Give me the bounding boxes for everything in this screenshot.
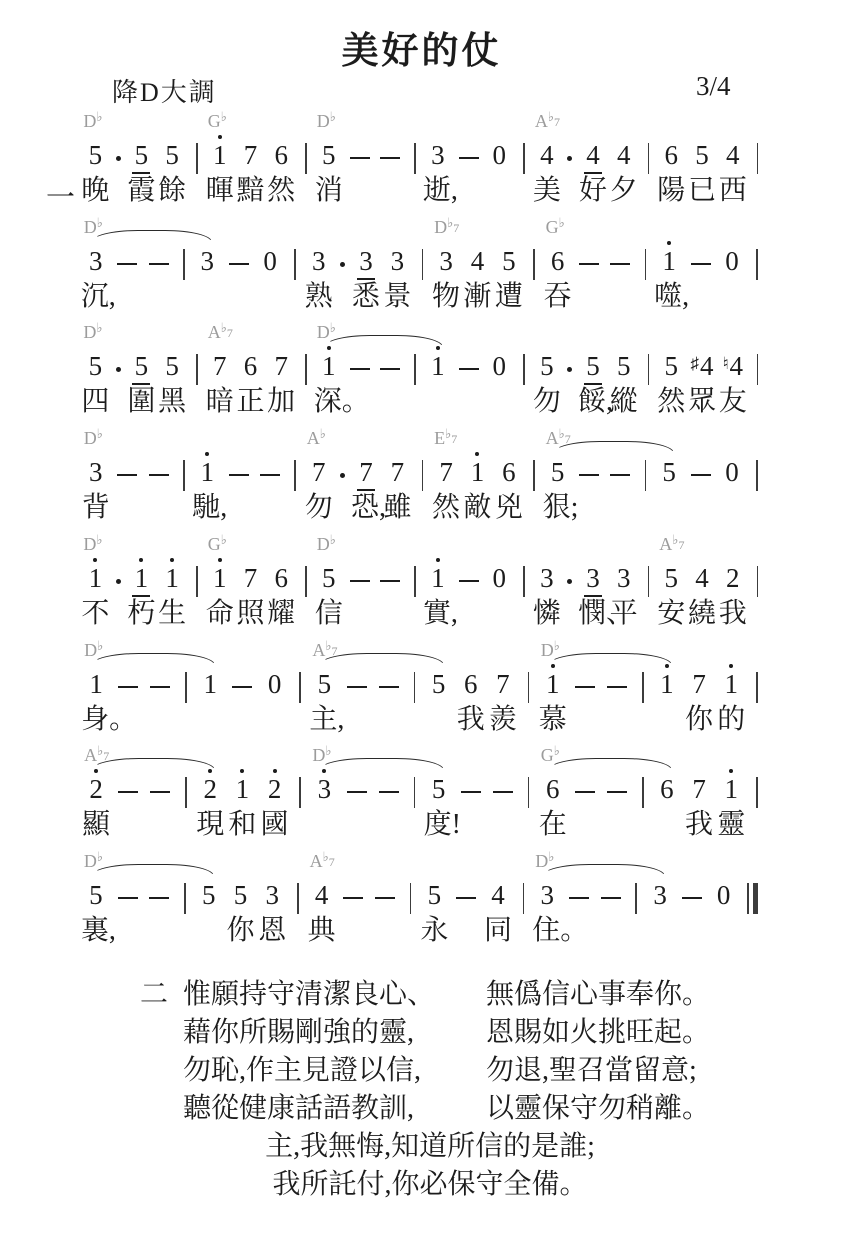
barline (528, 777, 530, 808)
barline (756, 249, 758, 280)
note-token: 7 (439, 458, 453, 486)
flat-sign: ♭ (97, 215, 103, 230)
flat-sign: ♭ (97, 426, 103, 441)
note-token: 3 (431, 141, 445, 169)
note-token: 6 (660, 775, 674, 803)
note-token: 5 (322, 564, 336, 592)
eighth-underline (357, 278, 375, 280)
barline (196, 143, 198, 174)
barline (648, 566, 650, 597)
note-token: 2 (268, 775, 282, 803)
note-token: 1 (471, 458, 485, 486)
octave-dot (273, 769, 277, 773)
flat-sign: ♭ (330, 320, 336, 335)
verse-2-line: 惟願持守清潔良心、 (183, 972, 435, 1012)
note-token: 1 (662, 247, 676, 275)
duration-dash (607, 686, 627, 688)
tie-arc (542, 864, 665, 876)
note-token: 7 (244, 564, 258, 592)
barline (528, 672, 530, 703)
lyric-syllable: 你 (685, 704, 713, 736)
lyric-syllable: 主, (309, 704, 344, 736)
lyric-syllable: 照 (236, 598, 264, 630)
chord-root: D (317, 534, 330, 554)
lyric-syllable: 漸 (463, 281, 491, 313)
note-token: 5 (89, 881, 103, 909)
note-token: 5 (135, 141, 149, 169)
duration-dash (459, 368, 479, 370)
chord-seventh: 7 (451, 432, 457, 446)
tie-arc (91, 758, 215, 770)
lyric-syllable: 餒, (578, 386, 613, 418)
lyric-syllable: 裏, (81, 915, 116, 947)
verse-2-line: 恩賜如火挑旺起。 (486, 1010, 710, 1050)
eighth-underline (584, 383, 602, 385)
chord-root: A (535, 111, 548, 131)
note-token: 5 (665, 564, 679, 592)
augmentation-dot (116, 579, 121, 584)
lyric-syllable: 恐, (351, 492, 386, 524)
augmentation-dot (340, 473, 345, 478)
lyric-syllable: 西 (719, 175, 747, 207)
flat-sign: ♭ (325, 638, 331, 653)
chord-label: A♭ (307, 427, 326, 451)
lyric-syllable: 勿 (305, 492, 333, 524)
chord-seventh: 7 (678, 538, 684, 552)
lyric-syllable: 雖 (383, 492, 411, 524)
duration-dash (575, 791, 595, 793)
duration-dash (459, 157, 479, 159)
time-signature: 3/4 (696, 71, 731, 102)
accidental: ♮ (722, 354, 728, 373)
note-token: 0 (493, 141, 507, 169)
flat-sign: ♭ (330, 532, 336, 547)
chord-root: D (535, 851, 548, 871)
flat-sign: ♭ (96, 109, 102, 124)
note-token: 3 (439, 247, 453, 275)
note-token: 5 (586, 352, 600, 380)
chord-root: G (546, 217, 559, 237)
note-token: 5 (432, 670, 446, 698)
tie-arc (319, 758, 443, 770)
note-token: 5 (617, 352, 631, 380)
lyric-syllable: 的 (717, 704, 745, 736)
note-token: 3 (318, 775, 332, 803)
barline (305, 566, 307, 597)
flat-sign: ♭ (96, 532, 102, 547)
chord-label: A♭7 (208, 321, 233, 345)
note-token: 5 (135, 352, 149, 380)
lyric-syllable: 景 (383, 281, 411, 313)
note-token: 1 (431, 352, 445, 380)
lyric-syllable: 馳, (192, 492, 227, 524)
duration-dash (118, 791, 138, 793)
music-system: 5557671105555♯4♮4D♭A♭7D♭四圍黑暗正加深。勿餒,縱然眾友 (0, 321, 843, 425)
lyric-syllable: 餘 (158, 175, 186, 207)
lyric-syllable: 繞 (688, 598, 716, 630)
lyric-syllable: 遭 (495, 281, 523, 313)
barline (299, 672, 301, 703)
chord-label: D♭ (83, 110, 102, 134)
note-token: 4 (315, 881, 329, 909)
duration-dash (380, 368, 400, 370)
note-token: 1 (213, 141, 227, 169)
final-barline (753, 883, 758, 914)
lyric-syllable: 逝, (423, 175, 458, 207)
note-token: 5 (665, 352, 679, 380)
note-token: 7 (692, 670, 706, 698)
lyric-syllable: 正 (236, 386, 264, 418)
barline (756, 672, 758, 703)
barline (410, 883, 412, 914)
duration-dash (350, 580, 370, 582)
duration-dash (118, 897, 138, 899)
key-signature: 降D大調 (112, 72, 217, 109)
chord-root: D (84, 640, 97, 660)
music-system: 330333345610D♭D♭7G♭沉,熟悉景物漸遭吞噬, (0, 216, 843, 320)
note-token: 1 (660, 670, 674, 698)
note-token: 1 (322, 352, 336, 380)
duration-dash (579, 474, 599, 476)
note-token: 7 (692, 775, 706, 803)
flat-sign: ♭ (559, 426, 565, 441)
duration-dash (232, 686, 252, 688)
barline (756, 460, 758, 491)
note-token: 6 (274, 564, 288, 592)
lyric-syllable: 我 (685, 809, 713, 841)
chord-label: A♭7 (310, 850, 335, 874)
note-token: 1 (724, 670, 738, 698)
chord-root: E (434, 428, 445, 448)
lyric-syllable: 顯 (82, 809, 110, 841)
chord-root: A (312, 640, 325, 660)
note-token: 3 (540, 564, 554, 592)
note-token: 5 (234, 881, 248, 909)
verse-2-line: 勿退,聖召當留意; (486, 1048, 697, 1088)
music-system: 31777716550D♭A♭E♭7A♭7背馳,勿恐,雖然敵兇狠; (0, 427, 843, 531)
octave-dot (436, 558, 440, 562)
note-token: 4 (586, 141, 600, 169)
lyric-syllable: 恩 (258, 915, 286, 947)
lyric-syllable: 生 (158, 598, 186, 630)
duration-dash (347, 686, 367, 688)
refrain-line: 主,我無悔,知道所信的是誰; (0, 1124, 843, 1164)
note-token: 4 (695, 564, 709, 592)
lyric-syllable: 眾 (688, 386, 716, 418)
music-system: 5553454330D♭A♭7D♭裏,你恩典永同住。 (0, 850, 843, 954)
chord-label: A♭7 (659, 533, 684, 557)
chord-label: D♭ (317, 110, 336, 134)
lyric-syllable: 耀 (267, 598, 295, 630)
barline (294, 460, 296, 491)
tie-arc (91, 864, 214, 876)
barline (185, 672, 187, 703)
note-token: 7 (391, 458, 405, 486)
duration-dash (493, 791, 513, 793)
note-token: 1 (135, 564, 149, 592)
note-token: 0 (268, 670, 282, 698)
note-token: 4 (540, 141, 554, 169)
music-system: 555176530444654D♭G♭D♭A♭7一晚霞餘暉黯然消逝,美好夕陽已西 (0, 110, 843, 214)
note-token: 7 (244, 141, 258, 169)
note-token: ♯4 (691, 352, 714, 384)
verse-2-line: 藉你所賜剛強的靈, (183, 1010, 414, 1050)
note-token: 6 (502, 458, 516, 486)
note-token: 5 (428, 881, 442, 909)
duration-dash (379, 686, 399, 688)
lyric-syllable: 圍 (127, 386, 155, 418)
lyric-syllable: 度! (424, 809, 461, 841)
chord-label: D♭7 (434, 216, 459, 240)
barline (299, 777, 301, 808)
note-token: 3 (586, 564, 600, 592)
octave-dot (240, 769, 244, 773)
lyric-syllable: 友 (719, 386, 747, 418)
verse-2-line: 聽從健康話語教訓, (183, 1086, 414, 1126)
eighth-underline (132, 595, 150, 597)
octave-dot (475, 452, 479, 456)
lyric-syllable: 身。 (81, 704, 137, 736)
lyric-syllable: 在 (539, 809, 567, 841)
chord-root: D (434, 217, 447, 237)
chord-root: A (208, 322, 221, 342)
chord-root: G (208, 534, 221, 554)
lyric-syllable: 黯 (236, 175, 264, 207)
barline (305, 354, 307, 385)
lyric-syllable: 我 (719, 598, 747, 630)
duration-dash (117, 263, 137, 265)
duration-dash (691, 474, 711, 476)
note-token: 2 (726, 564, 740, 592)
barline (414, 143, 416, 174)
flat-sign: ♭ (559, 215, 565, 230)
note-token: 3 (541, 881, 555, 909)
duration-dash (347, 791, 367, 793)
chord-root: D (84, 428, 97, 448)
verse-2-line: 以靈保守勿稍離。 (486, 1086, 710, 1126)
lyric-syllable: 我 (457, 704, 485, 736)
note-token: 0 (493, 564, 507, 592)
flat-sign: ♭ (330, 109, 336, 124)
note-token: 0 (725, 458, 739, 486)
note-token: 2 (203, 775, 217, 803)
tie-arc (324, 335, 443, 347)
barline (422, 460, 424, 491)
lyric-syllable: 好 (579, 175, 607, 207)
music-system: 2212356671A♭7D♭G♭顯現和國度!在我靈 (0, 744, 843, 848)
chord-label: G♭ (208, 110, 227, 134)
lyric-syllable: 霞 (127, 175, 155, 207)
note-token: 1 (89, 670, 103, 698)
note-token: 5 (89, 141, 103, 169)
barline (184, 883, 186, 914)
lyric-syllable: 縱 (610, 386, 638, 418)
note-token: 4 (491, 881, 505, 909)
chord-root: A (84, 745, 97, 765)
refrain-line: 我所託付,你必保守全備。 (0, 1162, 843, 1202)
lyric-syllable: 和 (228, 809, 256, 841)
tie-arc (91, 230, 213, 242)
duration-dash (601, 897, 621, 899)
flat-sign: ♭ (97, 638, 103, 653)
lyric-syllable: 背 (82, 492, 110, 524)
octave-dot (93, 558, 97, 562)
note-token: 7 (274, 352, 288, 380)
note-token: 6 (464, 670, 478, 698)
augmentation-dot (567, 579, 572, 584)
eighth-underline (584, 595, 602, 597)
accidental: ♯ (691, 354, 700, 373)
lyric-syllable: 然 (432, 492, 460, 524)
note-token: 5 (540, 352, 554, 380)
duration-dash (380, 580, 400, 582)
lyric-syllable: 典 (308, 915, 336, 947)
lyric-syllable: 你 (227, 915, 255, 947)
lyric-syllable: 朽 (127, 598, 155, 630)
note-token: 1 (236, 775, 250, 803)
lyric-syllable: 吞 (544, 281, 572, 313)
flat-sign: ♭ (548, 849, 554, 864)
note-token: ♮4 (722, 352, 743, 384)
lyric-syllable: 物 (432, 281, 460, 313)
lyric-syllable: 四 (81, 386, 109, 418)
verse-2: 二 惟願持守清潔良心、 無僞信心事奉你。 藉你所賜剛強的靈, 恩賜如火挑旺起。 … (0, 970, 843, 1120)
note-token: 5 (89, 352, 103, 380)
duration-dash (610, 474, 630, 476)
lyric-syllable: 噬, (654, 281, 689, 313)
note-token: 3 (653, 881, 667, 909)
lyric-syllable: 黑 (158, 386, 186, 418)
chord-label: A♭7 (535, 110, 560, 134)
octave-dot (218, 135, 222, 139)
barline (635, 883, 637, 914)
duration-dash (150, 791, 170, 793)
lyric-syllable: 安 (657, 598, 685, 630)
duration-dash (149, 474, 169, 476)
barline (648, 354, 650, 385)
duration-dash (350, 368, 370, 370)
barline (297, 883, 299, 914)
lyric-syllable: 勿 (533, 386, 561, 418)
chord-label: D♭ (317, 533, 336, 557)
chord-label: D♭ (83, 321, 102, 345)
note-token: 1 (201, 458, 215, 486)
tie-arc (91, 653, 215, 665)
chord-root: G (541, 745, 554, 765)
duration-dash (691, 263, 711, 265)
note-token: 5 (318, 670, 332, 698)
lyric-syllable: 現 (196, 809, 224, 841)
lyric-syllable: 同 (484, 915, 512, 947)
barline (196, 566, 198, 597)
augmentation-dot (567, 367, 572, 372)
barline (523, 883, 525, 914)
barline (533, 249, 535, 280)
verse-2-line: 勿恥,作主見證以信, (183, 1048, 421, 1088)
duration-dash (461, 791, 481, 793)
verse-2-number: 二 (140, 972, 168, 1012)
duration-dash (579, 263, 599, 265)
barline (642, 777, 644, 808)
chord-root: D (84, 851, 97, 871)
duration-dash (456, 897, 476, 899)
chord-label: G♭ (546, 216, 565, 240)
duration-dash (117, 474, 137, 476)
barline (414, 777, 416, 808)
chord-label: E♭7 (434, 427, 457, 451)
lyric-syllable: 實, (423, 598, 458, 630)
lyric-syllable: 慕 (539, 704, 567, 736)
lyric-syllable: 命 (206, 598, 234, 630)
flat-sign: ♭ (325, 743, 331, 758)
flat-sign: ♭ (97, 849, 103, 864)
chord-root: D (541, 640, 554, 660)
chord-seventh: 7 (227, 326, 233, 340)
barline (756, 777, 758, 808)
note-token: 5 (165, 141, 179, 169)
note-token: 1 (546, 670, 560, 698)
lyric-syllable: 住。 (532, 915, 588, 947)
sheet-music-page: 美好的仗 降D大調 3/4 555176530444654D♭G♭D♭A♭7一晚… (0, 0, 843, 1236)
duration-dash (260, 474, 280, 476)
eighth-underline (357, 489, 375, 491)
note-token: 0 (263, 247, 277, 275)
duration-dash (569, 897, 589, 899)
barline (757, 143, 759, 174)
lyric-syllable: 晚 (81, 175, 109, 207)
note-token: 4 (471, 247, 485, 275)
duration-dash (459, 580, 479, 582)
barline (757, 566, 759, 597)
barline (183, 249, 185, 280)
note-token: 1 (213, 564, 227, 592)
note-token: 7 (213, 352, 227, 380)
note-token: 5 (662, 458, 676, 486)
note-token: 6 (665, 141, 679, 169)
flat-sign: ♭ (323, 849, 329, 864)
lyric-syllable: 深。 (314, 386, 370, 418)
note-token: 3 (391, 247, 405, 275)
tie-arc (548, 758, 672, 770)
chord-root: A (659, 534, 672, 554)
duration-dash (229, 263, 249, 265)
duration-dash (350, 157, 370, 159)
note-token: 7 (496, 670, 510, 698)
note-token: 7 (312, 458, 326, 486)
chord-root: D (317, 322, 330, 342)
note-token: 3 (201, 247, 215, 275)
note-token: 3 (617, 564, 631, 592)
barline (305, 143, 307, 174)
note-token: 0 (493, 352, 507, 380)
lyric-syllable: 靈 (717, 809, 745, 841)
duration-dash (375, 897, 395, 899)
note-token: 3 (359, 247, 373, 275)
chord-seventh: 7 (453, 221, 459, 235)
chord-root: D (83, 111, 96, 131)
lyric-syllable: 然 (657, 386, 685, 418)
tie-arc (548, 653, 672, 665)
chord-label: D♭ (84, 427, 103, 451)
note-token: 7 (359, 458, 373, 486)
octave-dot (667, 241, 671, 245)
note-token: 4 (617, 141, 631, 169)
lyric-syllable: 已 (688, 175, 716, 207)
duration-dash (118, 686, 138, 688)
barline (183, 460, 185, 491)
chord-root: D (83, 534, 96, 554)
barline (757, 354, 759, 385)
